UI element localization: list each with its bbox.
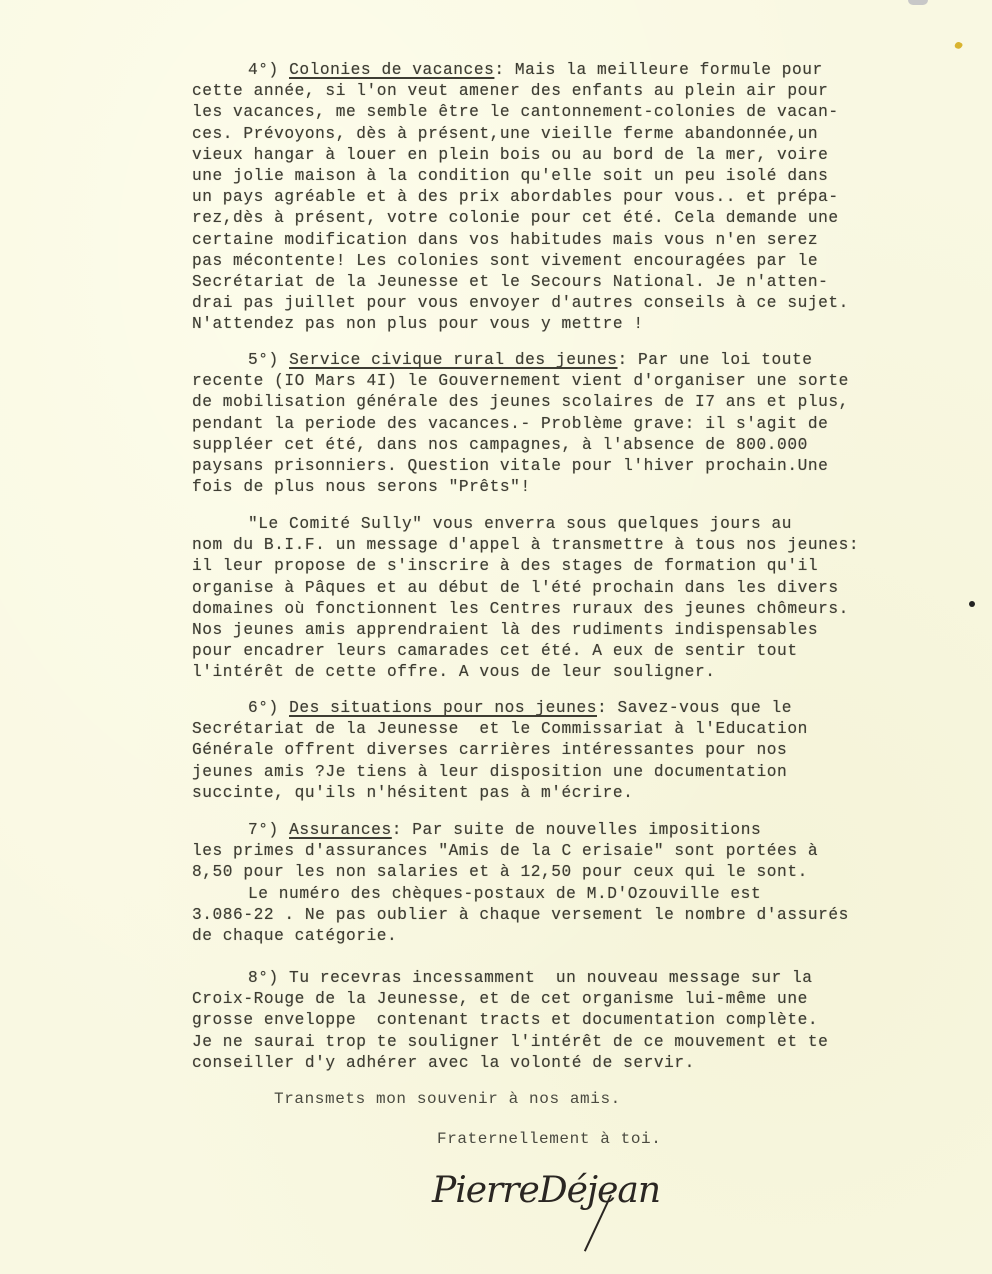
ink-dot — [969, 601, 975, 607]
text-line: 8,50 pour les non salaries et à 12,50 po… — [192, 862, 982, 883]
text-line: pendant la periode des vacances.- Problè… — [192, 414, 982, 435]
text-line: jeunes amis ?Je tiens à leur disposition… — [192, 762, 982, 783]
section-number: 6°) — [248, 699, 289, 717]
text-line: Le numéro des chèques-postaux de M.D'Ozo… — [192, 884, 982, 905]
text-line: les primes d'assurances "Amis de la C er… — [192, 841, 982, 862]
text-line: une jolie maison à la condition qu'elle … — [192, 166, 982, 187]
text-line: 5°) Service civique rural des jeunes: Pa… — [192, 350, 982, 371]
text-line: il leur propose de s'inscrire à des stag… — [192, 556, 982, 577]
text-line: grosse enveloppe contenant tracts et doc… — [192, 1010, 982, 1031]
closing-salutation: Fraternellement à toi. — [437, 1130, 661, 1148]
text-line: 4°) Colonies de vacances: Mais la meille… — [192, 60, 982, 81]
text-line: 8°) Tu recevras incessamment un nouveau … — [192, 968, 982, 989]
section-heading: Assurances — [289, 821, 392, 839]
section-number: 5°) — [248, 351, 289, 369]
text-line: 7°) Assurances: Par suite de nouvelles i… — [192, 820, 982, 841]
text-line: Croix-Rouge de la Jeunesse, et de cet or… — [192, 989, 982, 1010]
scan-artifact — [908, 0, 928, 5]
section-heading: Des situations pour nos jeunes — [289, 699, 597, 717]
text-line: drai pas juillet pour vous envoyer d'aut… — [192, 293, 982, 314]
text-line: un pays agréable et à des prix abordable… — [192, 187, 982, 208]
text-line: nom du B.I.F. un message d'appel à trans… — [192, 535, 982, 556]
heading-continuation: : Savez-vous que le — [597, 699, 792, 717]
text-line: l'intérêt de cette offre. A vous de leur… — [192, 662, 982, 683]
text-line: conseiller d'y adhérer avec la volonté d… — [192, 1053, 982, 1074]
text-line: Je ne saurai trop te souligner l'intérêt… — [192, 1032, 982, 1053]
text-line: Secrétariat de la Jeunesse et le Commiss… — [192, 719, 982, 740]
text-line: Nos jeunes amis apprendraient là des rud… — [192, 620, 982, 641]
section-4: 6°) Des situations pour nos jeunes: Save… — [192, 698, 982, 804]
text-line: Générale offrent diverses carrières inté… — [192, 740, 982, 761]
heading-continuation: : Par une loi toute — [618, 351, 813, 369]
text-line: 6°) Des situations pour nos jeunes: Save… — [192, 698, 982, 719]
heading-continuation: : Par suite de nouvelles impositions — [392, 821, 762, 839]
text-line: N'attendez pas non plus pour vous y mett… — [192, 314, 982, 335]
text-line: vieux hangar à louer en plein bois ou au… — [192, 145, 982, 166]
section-1: 4°) Colonies de vacances: Mais la meille… — [192, 60, 982, 335]
text-line: pour encadrer leurs camarades cet été. A… — [192, 641, 982, 662]
text-line: succinte, qu'ils n'hésitent pas à m'écri… — [192, 783, 982, 804]
text-line: Secrétariat de la Jeunesse et le Secours… — [192, 272, 982, 293]
section-3: "Le Comité Sully" vous enverra sous quel… — [192, 514, 982, 684]
text-line: ces. Prévoyons, dès à présent,une vieill… — [192, 124, 982, 145]
text-line: paysans prisonniers. Question vitale pou… — [192, 456, 982, 477]
text-line: rez,dès à présent, votre colonie pour ce… — [192, 208, 982, 229]
text-line: 3.086-22 . Ne pas oublier à chaque verse… — [192, 905, 982, 926]
text-line: recente (IO Mars 4I) le Gouvernement vie… — [192, 371, 982, 392]
closing-greeting: Transmets mon souvenir à nos amis. — [274, 1090, 621, 1108]
section-number: 7°) — [248, 821, 289, 839]
text-line: "Le Comité Sully" vous enverra sous quel… — [192, 514, 982, 535]
text-line: organise à Pâques et au début de l'été p… — [192, 578, 982, 599]
section-5: 7°) Assurances: Par suite de nouvelles i… — [192, 820, 982, 947]
text-line: de mobilisation générale des jeunes scol… — [192, 392, 982, 413]
section-heading: Service civique rural des jeunes — [289, 351, 617, 369]
heading-continuation: : Mais la meilleure formule pour — [494, 61, 822, 79]
section-number: 4°) — [248, 61, 289, 79]
text-line: les vacances, me semble être le cantonne… — [192, 102, 982, 123]
text-line: de chaque catégorie. — [192, 926, 982, 947]
handwritten-signature: PierreDéjean — [432, 1170, 660, 1211]
section-2: 5°) Service civique rural des jeunes: Pa… — [192, 350, 982, 498]
section-6: 8°) Tu recevras incessamment un nouveau … — [192, 968, 982, 1074]
text-line: domaines où fonctionnent les Centres rur… — [192, 599, 982, 620]
text-line: cette année, si l'on veut amener des enf… — [192, 81, 982, 102]
section-heading: Colonies de vacances — [289, 61, 494, 79]
text-line: fois de plus nous serons "Prêts"! — [192, 477, 982, 498]
text-line: pas mécontente! Les colonies sont viveme… — [192, 251, 982, 272]
text-line: suppléer cet été, dans nos campagnes, à … — [192, 435, 982, 456]
text-line: certaine modification dans vos habitudes… — [192, 230, 982, 251]
